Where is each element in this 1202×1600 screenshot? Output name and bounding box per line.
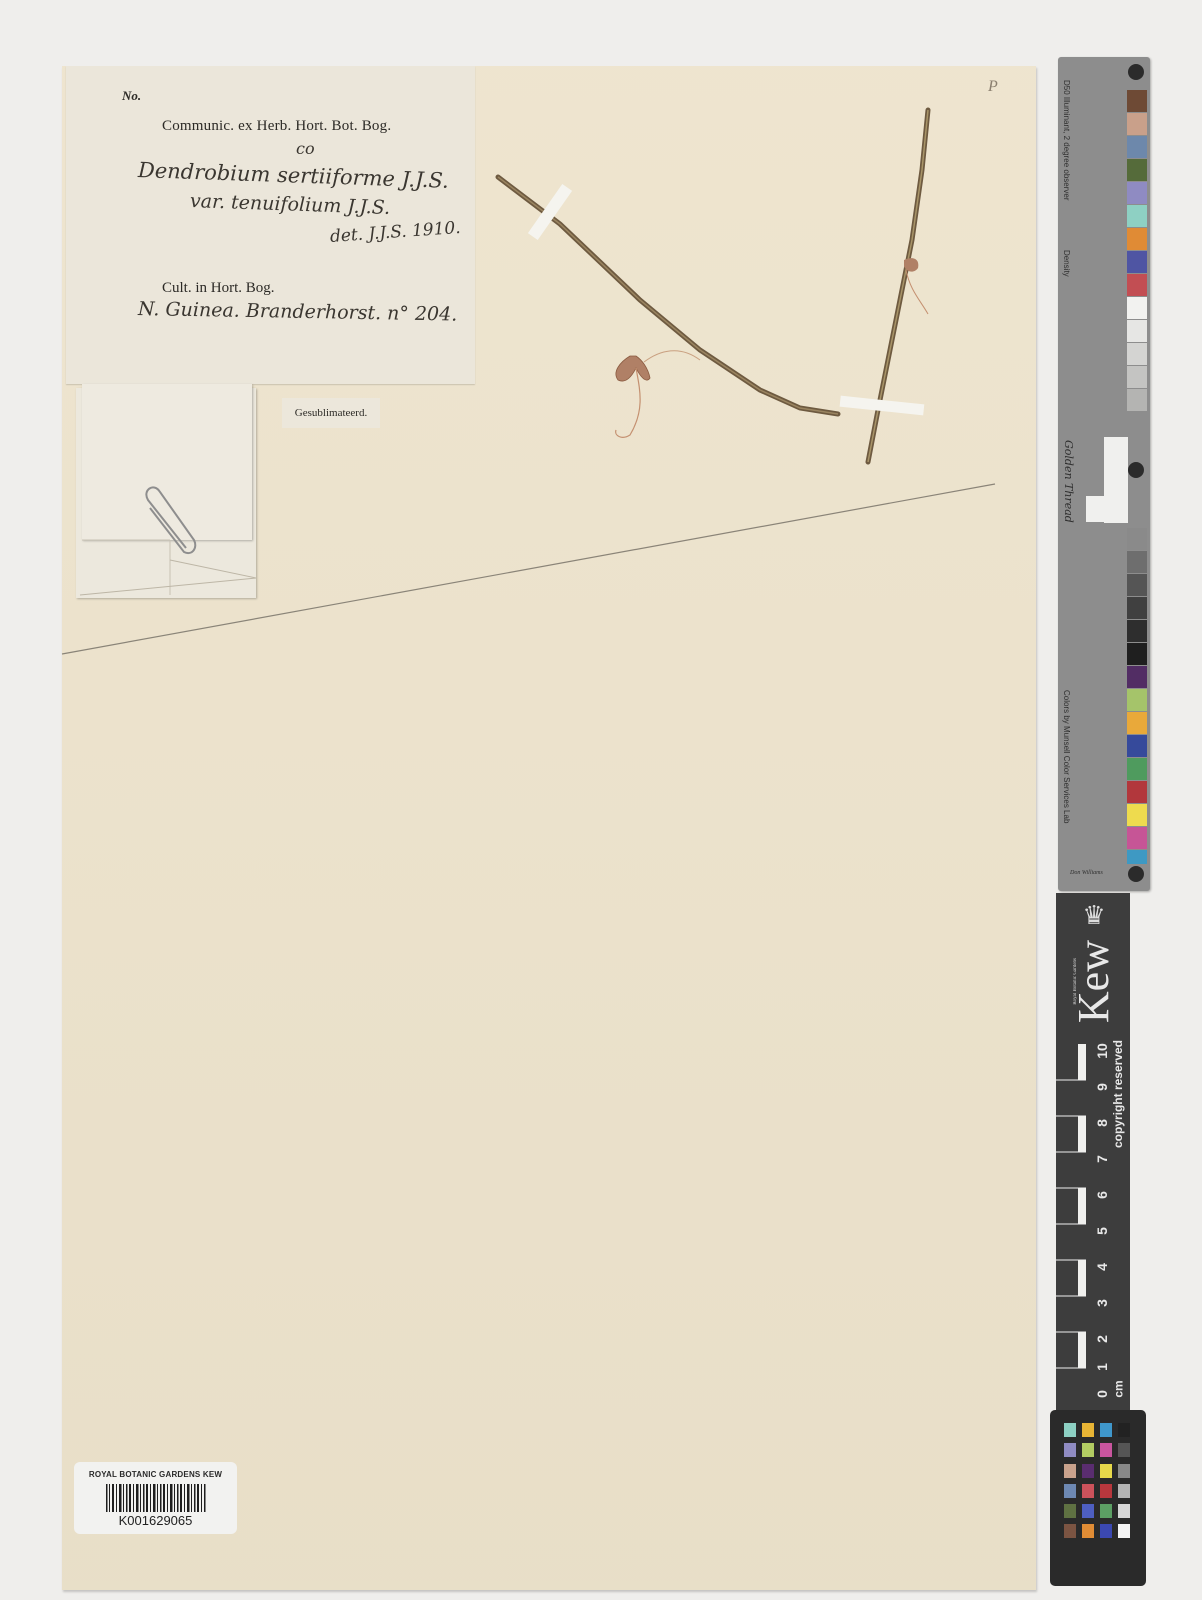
barcode-icon bbox=[106, 1484, 206, 1512]
swatch-6 bbox=[1127, 205, 1147, 227]
checker-patch bbox=[1100, 1443, 1112, 1457]
label-header: Communic. ex Herb. Hort. Bot. Bog. bbox=[162, 118, 391, 135]
checker-patch bbox=[1100, 1484, 1112, 1498]
swatch-2 bbox=[1127, 113, 1147, 135]
corner-mark: P bbox=[988, 78, 998, 96]
swatch-5 bbox=[1127, 182, 1147, 204]
cultivation-note: Cult. in Hort. Bog. bbox=[162, 280, 275, 297]
swatch-9 bbox=[1127, 274, 1147, 296]
checker-patch bbox=[1100, 1464, 1112, 1478]
institution-name: ROYAL BOTANIC GARDENS KEW bbox=[74, 1470, 237, 1479]
checker-patch bbox=[1118, 1524, 1130, 1538]
swatch-24 bbox=[1127, 735, 1147, 757]
swatch-3 bbox=[1127, 136, 1147, 158]
checker-patch bbox=[1064, 1423, 1076, 1437]
scale-0: 0 bbox=[1094, 1384, 1110, 1404]
checker-patch bbox=[1064, 1484, 1076, 1498]
royal-crest-icon: ♛ bbox=[1076, 898, 1112, 934]
swatch-4 bbox=[1127, 159, 1147, 181]
checker-patch bbox=[1100, 1423, 1112, 1437]
scale-3: 3 bbox=[1094, 1293, 1110, 1313]
barcode-number: K001629065 bbox=[74, 1513, 237, 1528]
swatch-27 bbox=[1127, 804, 1147, 826]
strip-header: D50 Illuminant, 2 degree observer bbox=[1062, 80, 1071, 201]
strip-hole-bottom bbox=[1128, 866, 1144, 882]
swatch-26 bbox=[1127, 781, 1147, 803]
scale-7: 7 bbox=[1094, 1149, 1110, 1169]
swatch-23 bbox=[1127, 712, 1147, 734]
strip-density-label: Density bbox=[1062, 250, 1071, 277]
flower-left bbox=[616, 356, 650, 381]
checker-patch bbox=[1064, 1443, 1076, 1457]
checker-patch bbox=[1100, 1504, 1112, 1518]
treatment-label: Gesublimateerd. bbox=[282, 398, 380, 428]
checker-patch bbox=[1118, 1484, 1130, 1498]
checker-patch bbox=[1118, 1443, 1130, 1457]
scale-9: 9 bbox=[1094, 1077, 1110, 1097]
swatch-14 bbox=[1127, 389, 1147, 411]
swatch-18 bbox=[1127, 597, 1147, 619]
scale-10: 10 bbox=[1094, 1041, 1110, 1061]
swatch-8 bbox=[1127, 251, 1147, 273]
checker-patch bbox=[1064, 1464, 1076, 1478]
strip-hole-middle bbox=[1128, 462, 1144, 478]
flower-left-thread bbox=[644, 351, 700, 362]
scale-unit: cm bbox=[1112, 1380, 1126, 1397]
swatch-16 bbox=[1127, 551, 1147, 573]
swatch-22 bbox=[1127, 689, 1147, 711]
scale-5: 5 bbox=[1094, 1221, 1110, 1241]
kew-subtitle: Royal Botanic Gardens bbox=[1073, 958, 1078, 1005]
checker-patch bbox=[1064, 1524, 1076, 1538]
copyright-notice: copyright reserved bbox=[1111, 1040, 1125, 1148]
label-number-prefix: No. bbox=[122, 88, 141, 104]
scale-6: 6 bbox=[1094, 1185, 1110, 1205]
swatch-20 bbox=[1127, 643, 1147, 665]
strip-brand: Golden Thread bbox=[1062, 440, 1075, 523]
strip-footer: Colors by Munsell Color Services Lab bbox=[1062, 690, 1071, 823]
checker-patch bbox=[1082, 1443, 1094, 1457]
paperclip-icon bbox=[76, 380, 266, 610]
checker-patch bbox=[1082, 1504, 1094, 1518]
resolution-target-scale bbox=[1086, 496, 1126, 522]
handwritten-correction: co bbox=[296, 139, 315, 158]
strip-signature: Don Williams bbox=[1070, 870, 1103, 876]
scale-2: 2 bbox=[1094, 1329, 1110, 1349]
swatch-21 bbox=[1127, 666, 1147, 688]
swatch-28 bbox=[1127, 827, 1147, 849]
swatch-13 bbox=[1127, 366, 1147, 388]
checker-patch bbox=[1082, 1524, 1094, 1538]
swatch-12 bbox=[1127, 343, 1147, 365]
strip-hole-top bbox=[1128, 64, 1144, 80]
checker-patch bbox=[1064, 1504, 1076, 1518]
scale-1: 1 bbox=[1094, 1357, 1110, 1377]
scale-4: 4 bbox=[1094, 1257, 1110, 1277]
flower-right-roots bbox=[906, 270, 928, 314]
swatch-1 bbox=[1127, 90, 1147, 112]
checker-patch bbox=[1082, 1423, 1094, 1437]
swatch-7 bbox=[1127, 228, 1147, 250]
checker-patch bbox=[1082, 1464, 1094, 1478]
swatch-25 bbox=[1127, 758, 1147, 780]
checker-patch bbox=[1100, 1524, 1112, 1538]
ruler-scale-blocks bbox=[1056, 1044, 1090, 1394]
swatch-17 bbox=[1127, 574, 1147, 596]
scale-8: 8 bbox=[1094, 1113, 1110, 1133]
checker-patch bbox=[1118, 1504, 1130, 1518]
checker-patch bbox=[1118, 1423, 1130, 1437]
swatch-29 bbox=[1127, 850, 1147, 864]
swatch-15 bbox=[1127, 528, 1147, 550]
swatch-11 bbox=[1127, 320, 1147, 342]
checker-patch bbox=[1082, 1484, 1094, 1498]
swatch-19 bbox=[1127, 620, 1147, 642]
swatch-10 bbox=[1127, 297, 1147, 319]
checker-patch bbox=[1118, 1464, 1130, 1478]
